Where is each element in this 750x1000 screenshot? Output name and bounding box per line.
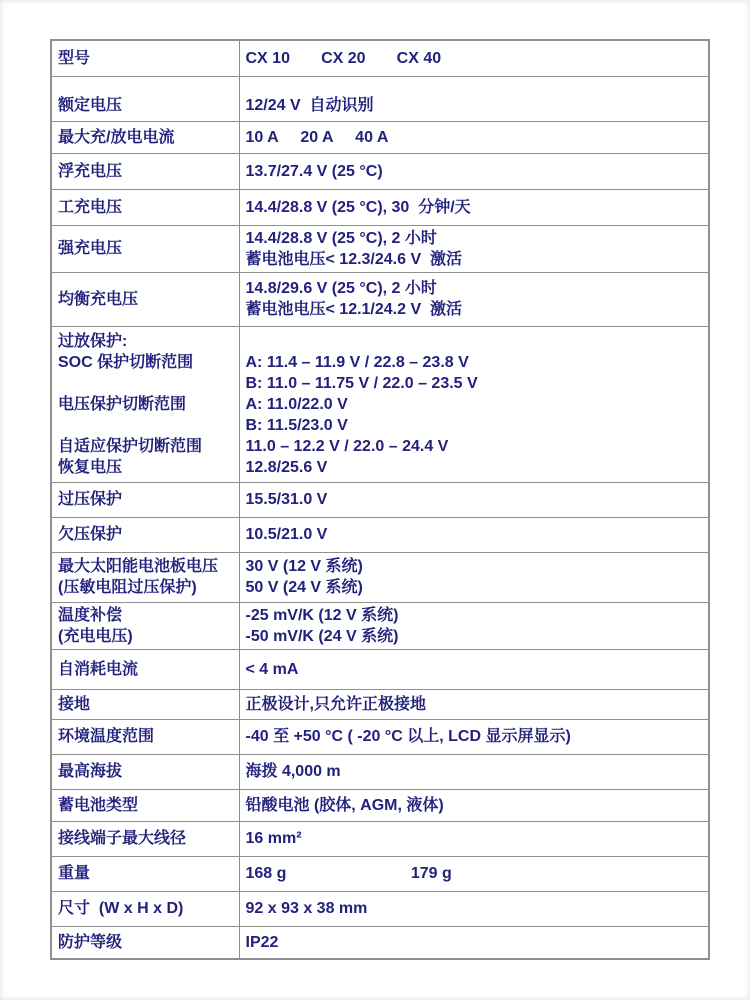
spec-value-cell: 10 A 20 A 40 A xyxy=(239,121,709,153)
spec-row-terminal-wire-size: 接线端子最大线径 16 mm² xyxy=(51,821,709,856)
spec-label-cell: 最大充/放电电流 xyxy=(51,121,239,153)
spec-row-equalize-voltage: 均衡充电压 14.8/29.6 V (25 °C), 2 小时 蓄电池电压< 1… xyxy=(51,272,709,326)
spec-label-cell: 接地 xyxy=(51,689,239,719)
spec-value-cell: A: 11.4 – 11.9 V / 22.8 – 23.8 V B: 11.0… xyxy=(239,326,709,482)
spec-label-cell: 均衡充电压 xyxy=(51,272,239,326)
spec-label-cell: 尺寸 (W x H x D) xyxy=(51,891,239,926)
spec-row-grounding: 接地 正极设计,只允许正极接地 xyxy=(51,689,709,719)
spec-label-cell: 最高海拔 xyxy=(51,754,239,789)
spec-value-cell: 正极设计,只允许正极接地 xyxy=(239,689,709,719)
spec-label-cell: 过放保护: SOC 保护切断范围 电压保护切断范围 自适应保护切断范围 恢复电压 xyxy=(51,326,239,482)
spec-label-cell: 过压保护 xyxy=(51,482,239,517)
spec-row-protection-class: 防护等级 IP22 xyxy=(51,926,709,959)
spec-value-cell: 92 x 93 x 38 mm xyxy=(239,891,709,926)
spec-row-float-voltage: 浮充电压 13.7/27.4 V (25 °C) xyxy=(51,153,709,189)
spec-row-boost-voltage: 工充电压 14.4/28.8 V (25 °C), 30 分钟/天 xyxy=(51,189,709,225)
spec-row-weight: 重量 168 g 179 g xyxy=(51,856,709,891)
spec-row-rated-voltage: 额定电压 12/24 V 自动识别 xyxy=(51,76,709,121)
spec-row-ambient-temperature: 环境温度范围 -40 至 +50 °C ( -20 °C 以上, LCD 显示屏… xyxy=(51,719,709,754)
spec-label-cell: 浮充电压 xyxy=(51,153,239,189)
spec-label-cell: 额定电压 xyxy=(51,76,239,121)
spec-value-cell: 30 V (12 V 系统) 50 V (24 V 系统) xyxy=(239,552,709,602)
spec-value-cell: 12/24 V 自动识别 xyxy=(239,76,709,121)
spec-label-cell: 接线端子最大线径 xyxy=(51,821,239,856)
spec-value-cell: 16 mm² xyxy=(239,821,709,856)
spec-row-strong-charge-voltage: 强充电压 14.4/28.8 V (25 °C), 2 小时 蓄电池电压< 12… xyxy=(51,225,709,272)
page: 型号 CX 10 CX 20 CX 40 额定电压 12/24 V 自动识别 最… xyxy=(0,0,750,1000)
spec-row-model: 型号 CX 10 CX 20 CX 40 xyxy=(51,40,709,76)
spec-row-dimensions: 尺寸 (W x H x D) 92 x 93 x 38 mm xyxy=(51,891,709,926)
spec-value-cell: 168 g 179 g xyxy=(239,856,709,891)
spec-value-cell: 10.5/21.0 V xyxy=(239,517,709,552)
spec-value-cell: 铅酸电池 (胶体, AGM, 液体) xyxy=(239,789,709,821)
spec-row-overvoltage-protection: 过压保护 15.5/31.0 V xyxy=(51,482,709,517)
spec-table: 型号 CX 10 CX 20 CX 40 额定电压 12/24 V 自动识别 最… xyxy=(50,39,710,960)
spec-row-max-solar-voltage: 最大太阳能电池板电压 (压敏电阻过压保护) 30 V (12 V 系统) 50 … xyxy=(51,552,709,602)
spec-label-cell: 环境温度范围 xyxy=(51,719,239,754)
spec-label-cell: 工充电压 xyxy=(51,189,239,225)
spec-row-max-altitude: 最高海拔 海拨 4,000 m xyxy=(51,754,709,789)
spec-value-cell: IP22 xyxy=(239,926,709,959)
spec-label-cell: 温度补偿 (充电电压) xyxy=(51,602,239,649)
spec-label-cell: 防护等级 xyxy=(51,926,239,959)
spec-label-cell: 最大太阳能电池板电压 (压敏电阻过压保护) xyxy=(51,552,239,602)
spec-value-cell: 14.8/29.6 V (25 °C), 2 小时 蓄电池电压< 12.1/24… xyxy=(239,272,709,326)
spec-row-deep-discharge-protection: 过放保护: SOC 保护切断范围 电压保护切断范围 自适应保护切断范围 恢复电压… xyxy=(51,326,709,482)
spec-value-cell: 15.5/31.0 V xyxy=(239,482,709,517)
spec-row-self-consumption: 自消耗电流 < 4 mA xyxy=(51,649,709,689)
spec-value-cell: < 4 mA xyxy=(239,649,709,689)
spec-value-cell: CX 10 CX 20 CX 40 xyxy=(239,40,709,76)
spec-row-max-current: 最大充/放电电流 10 A 20 A 40 A xyxy=(51,121,709,153)
spec-label-cell: 型号 xyxy=(51,40,239,76)
spec-value-cell: 14.4/28.8 V (25 °C), 30 分钟/天 xyxy=(239,189,709,225)
spec-value-cell: -40 至 +50 °C ( -20 °C 以上, LCD 显示屏显示) xyxy=(239,719,709,754)
spec-label-cell: 自消耗电流 xyxy=(51,649,239,689)
spec-value-cell: 14.4/28.8 V (25 °C), 2 小时 蓄电池电压< 12.3/24… xyxy=(239,225,709,272)
spec-row-battery-type: 蓄电池类型 铅酸电池 (胶体, AGM, 液体) xyxy=(51,789,709,821)
spec-value-cell: -25 mV/K (12 V 系统) -50 mV/K (24 V 系统) xyxy=(239,602,709,649)
spec-label-cell: 强充电压 xyxy=(51,225,239,272)
spec-row-undervoltage-protection: 欠压保护 10.5/21.0 V xyxy=(51,517,709,552)
spec-label-cell: 欠压保护 xyxy=(51,517,239,552)
spec-value-cell: 13.7/27.4 V (25 °C) xyxy=(239,153,709,189)
spec-value-cell: 海拨 4,000 m xyxy=(239,754,709,789)
spec-label-cell: 蓄电池类型 xyxy=(51,789,239,821)
spec-label-cell: 重量 xyxy=(51,856,239,891)
spec-row-temp-compensation: 温度补偿 (充电电压) -25 mV/K (12 V 系统) -50 mV/K … xyxy=(51,602,709,649)
